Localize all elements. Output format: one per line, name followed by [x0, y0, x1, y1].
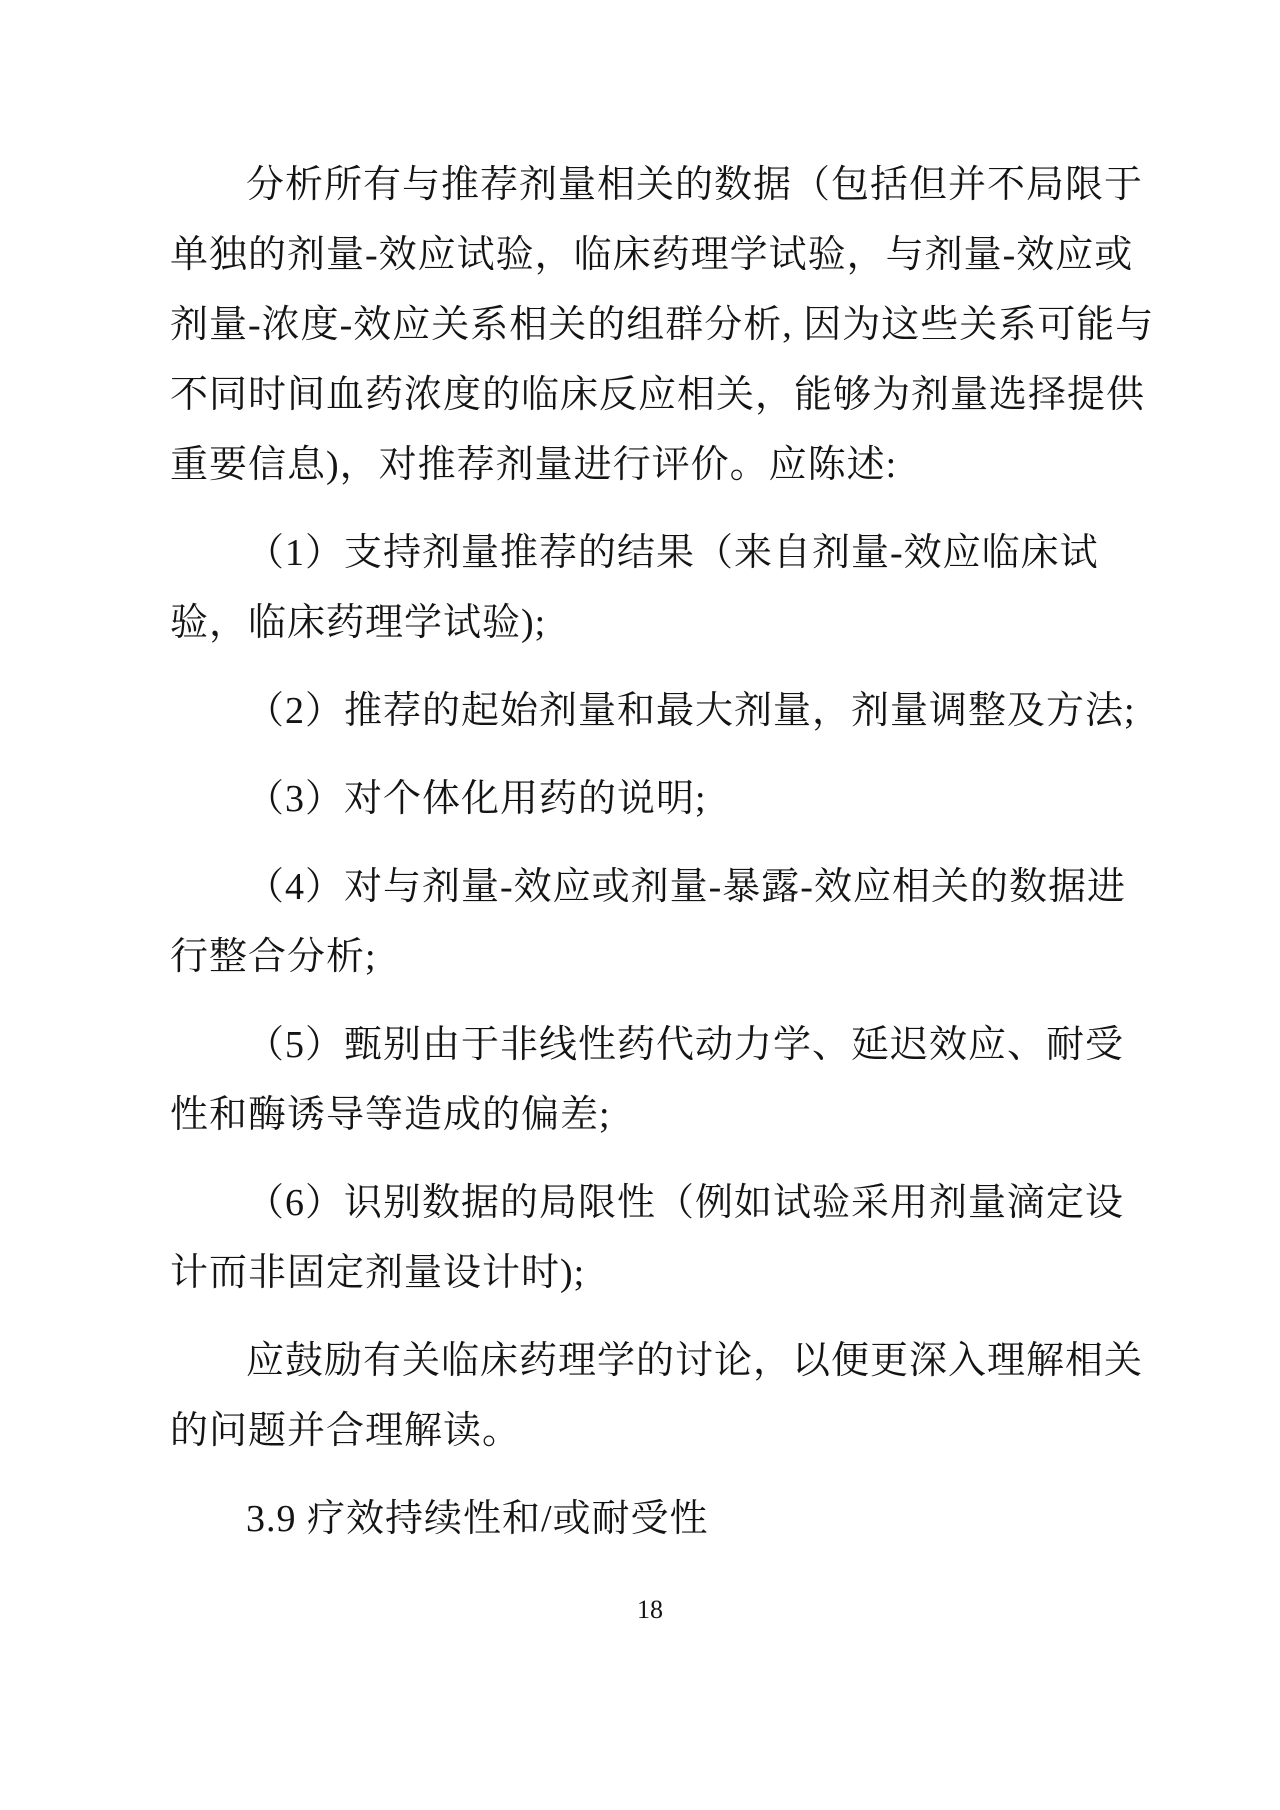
- paragraph-dose-analysis-intro: 分析所有与推荐剂量相关的数据（包括但并不局限于单独的剂量-效应试验，临床药理学试…: [170, 150, 1162, 500]
- list-item-5: （5）甄别由于非线性药代动力学、延迟效应、耐受性和酶诱导等造成的偏差;: [170, 1010, 1162, 1150]
- document-body: 分析所有与推荐剂量相关的数据（包括但并不局限于单独的剂量-效应试验，临床药理学试…: [170, 150, 1162, 1554]
- page-number: 18: [0, 1592, 1280, 1628]
- list-item-6: （6）识别数据的局限性（例如试验采用剂量滴定设计而非固定剂量设计时);: [170, 1168, 1162, 1308]
- section-heading-3-9: 3.9 疗效持续性和/或耐受性: [170, 1484, 1162, 1554]
- list-item-1: （1）支持剂量推荐的结果（来自剂量-效应临床试验，临床药理学试验);: [170, 518, 1162, 658]
- list-item-3: （3）对个体化用药的说明;: [170, 764, 1162, 834]
- list-item-4: （4）对与剂量-效应或剂量-暴露-效应相关的数据进行整合分析;: [170, 852, 1162, 992]
- list-item-2: （2）推荐的起始剂量和最大剂量，剂量调整及方法;: [170, 676, 1162, 746]
- paragraph-discussion-encouragement: 应鼓励有关临床药理学的讨论，以便更深入理解相关的问题并合理解读。: [170, 1326, 1162, 1466]
- document-page: 分析所有与推荐剂量相关的数据（包括但并不局限于单独的剂量-效应试验，临床药理学试…: [0, 0, 1280, 1810]
